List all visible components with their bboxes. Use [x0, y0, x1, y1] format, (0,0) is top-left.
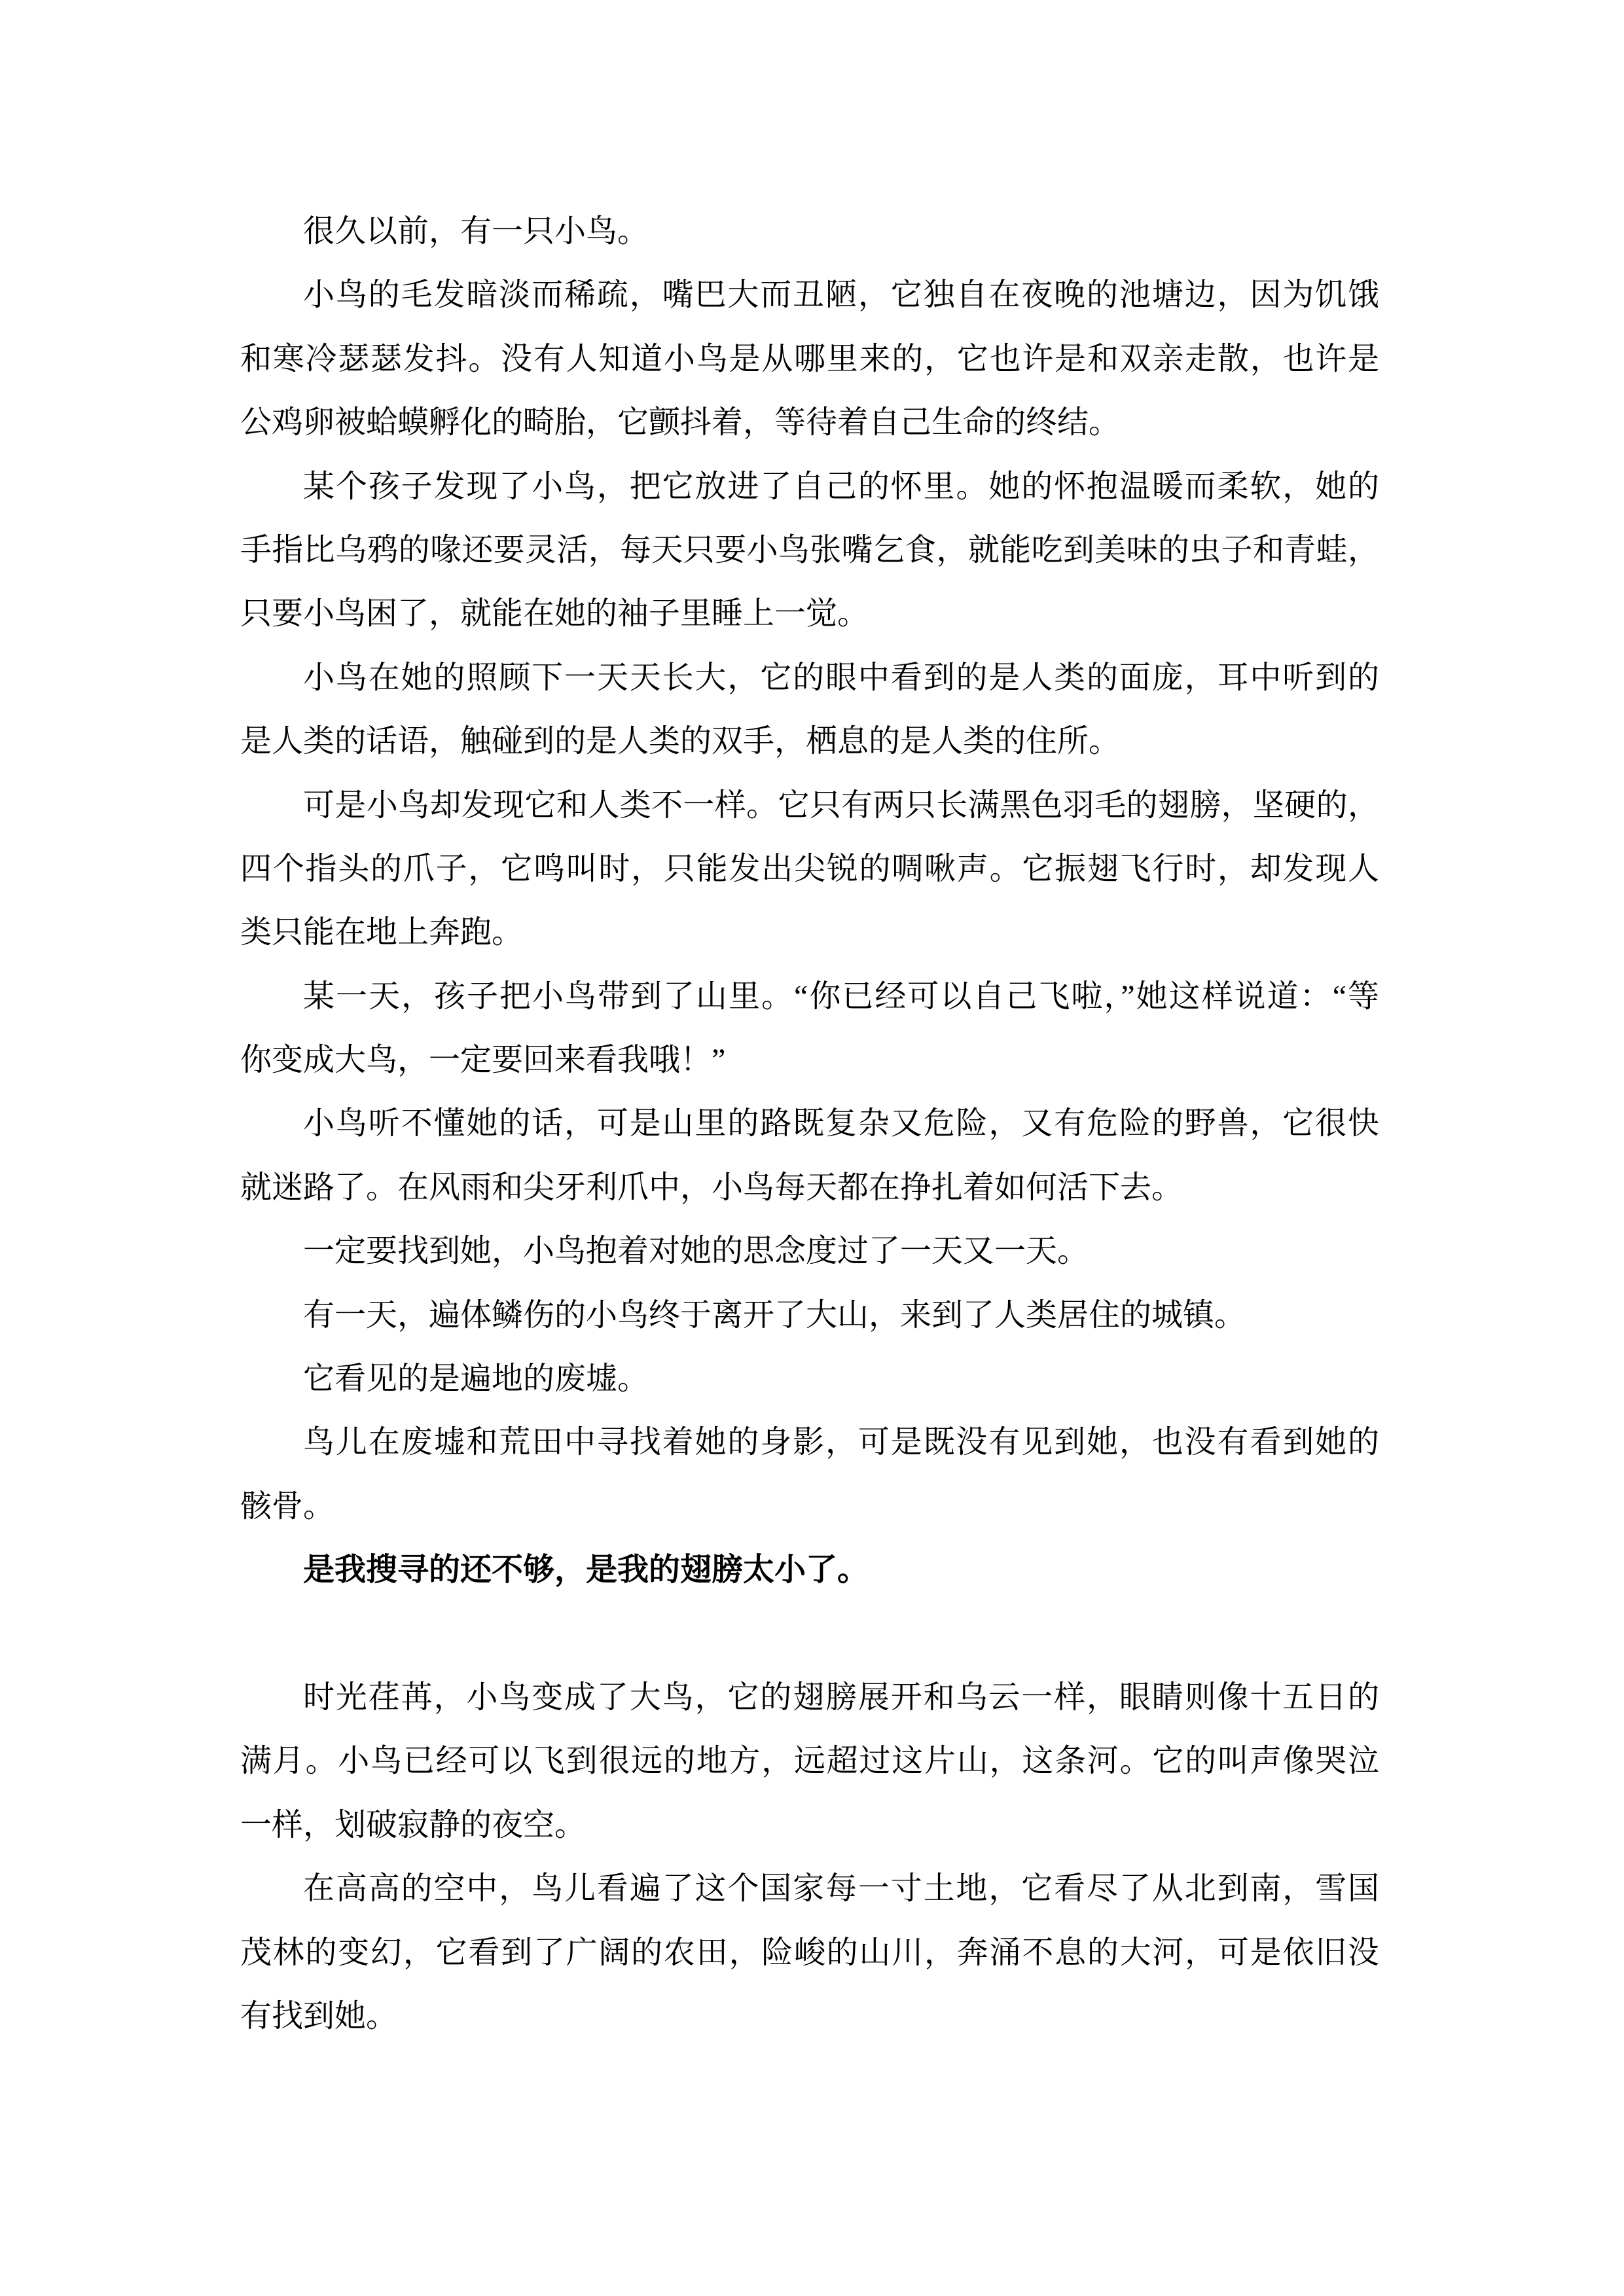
text-line: 满月。小鸟已经可以飞到很远的地方，远超过这片山，这条河。它的叫声像哭泣 [240, 1729, 1379, 1793]
text-line: 有找到她。 [240, 1984, 1379, 2048]
document-page: 很久以前，有一只小鸟。小鸟的毛发暗淡而稀疏，嘴巴大而丑陋，它独自在夜晚的池塘边，… [0, 0, 1624, 2296]
text-line: 就迷路了。在风雨和尖牙利爪中，小鸟每天都在挣扎着如何活下去。 [240, 1156, 1379, 1219]
text-line: 有一天，遍体鳞伤的小鸟终于离开了大山，来到了人类居住的城镇。 [240, 1283, 1379, 1347]
text-line: 某一天，孩子把小鸟带到了山里。“你已经可以自己飞啦，”她这样说道：“等 [240, 965, 1379, 1028]
text-line: 在高高的空中，鸟儿看遍了这个国家每一寸土地，它看尽了从北到南，雪国 [240, 1857, 1379, 1920]
text-line: 类只能在地上奔跑。 [240, 901, 1379, 964]
text-line: 骸骨。 [240, 1475, 1379, 1538]
text-line: 它看见的是遍地的废墟。 [240, 1347, 1379, 1410]
text-line: 可是小鸟却发现它和人类不一样。它只有两只长满黑色羽毛的翅膀，坚硬的， [240, 774, 1379, 837]
text-line: 小鸟在她的照顾下一天天长大，它的眼中看到的是人类的面庞，耳中听到的 [240, 646, 1379, 709]
text-line: 鸟儿在废墟和荒田中寻找着她的身影，可是既没有见到她，也没有看到她的 [240, 1410, 1379, 1474]
text-line: 小鸟的毛发暗淡而稀疏，嘴巴大而丑陋，它独自在夜晚的池塘边，因为饥饿 [240, 263, 1379, 327]
text-line: 你变成大鸟，一定要回来看我哦！” [240, 1028, 1379, 1092]
text-line: 四个指头的爪子，它鸣叫时，只能发出尖锐的啁啾声。它振翅飞行时，却发现人 [240, 837, 1379, 901]
text-line: 时光荏苒，小鸟变成了大鸟，它的翅膀展开和乌云一样，眼睛则像十五日的 [240, 1666, 1379, 1729]
text-line: 手指比乌鸦的喙还要灵活，每天只要小鸟张嘴乞食，就能吃到美味的虫子和青蛙， [240, 518, 1379, 582]
text-line: 小鸟听不懂她的话，可是山里的路既复杂又危险，又有危险的野兽，它很快 [240, 1092, 1379, 1155]
text-line: 只要小鸟困了，就能在她的袖子里睡上一觉。 [240, 582, 1379, 645]
text-line: 很久以前，有一只小鸟。 [240, 200, 1379, 263]
blank-line [240, 1602, 1379, 1666]
text-line: 是人类的话语，触碰到的是人类的双手，栖息的是人类的住所。 [240, 709, 1379, 773]
story-text-block: 很久以前，有一只小鸟。小鸟的毛发暗淡而稀疏，嘴巴大而丑陋，它独自在夜晚的池塘边，… [240, 200, 1379, 2048]
text-line: 和寒冷瑟瑟发抖。没有人知道小鸟是从哪里来的，它也许是和双亲走散，也许是 [240, 327, 1379, 391]
text-line: 是我搜寻的还不够，是我的翅膀太小了。 [240, 1538, 1379, 1602]
text-line: 茂林的变幻，它看到了广阔的农田，险峻的山川，奔涌不息的大河，可是依旧没 [240, 1921, 1379, 1984]
text-line: 公鸡卵被蛤蟆孵化的畸胎，它颤抖着，等待着自己生命的终结。 [240, 391, 1379, 454]
text-line: 一样，划破寂静的夜空。 [240, 1793, 1379, 1857]
text-line: 某个孩子发现了小鸟，把它放进了自己的怀里。她的怀抱温暖而柔软，她的 [240, 455, 1379, 518]
text-line: 一定要找到她，小鸟抱着对她的思念度过了一天又一天。 [240, 1219, 1379, 1283]
